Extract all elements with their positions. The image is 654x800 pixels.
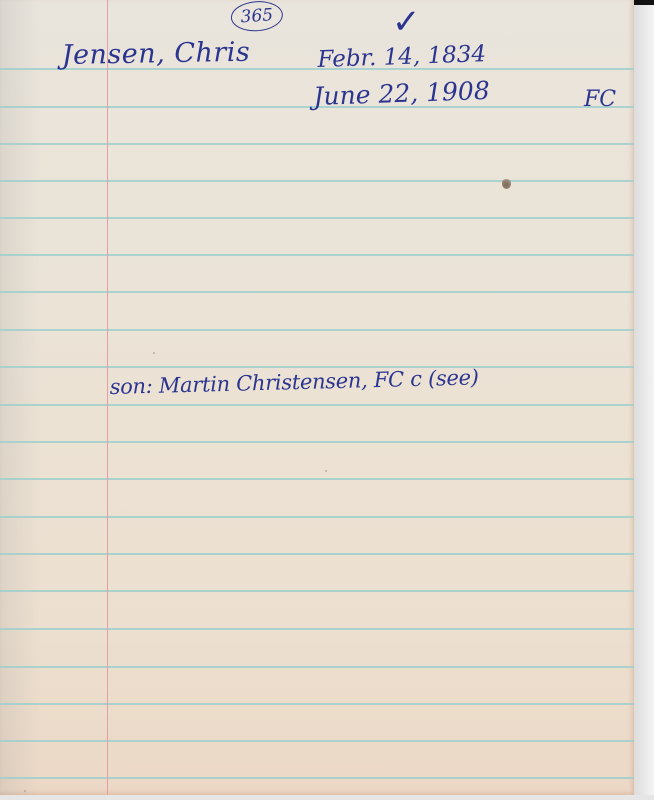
- ruled-line: [0, 553, 634, 555]
- ruled-line: [0, 478, 634, 480]
- red-margin-line: [107, 0, 108, 795]
- ruled-line: [0, 777, 634, 779]
- ruled-line: [0, 217, 634, 219]
- record-number-circled: 365: [230, 0, 284, 33]
- initials: FC: [584, 87, 616, 112]
- ruled-line: [0, 143, 634, 145]
- paper-speck: [153, 352, 155, 354]
- scanner-background-bottom: [0, 795, 654, 800]
- death-date: June 22, 1908: [313, 76, 490, 111]
- paper-speck: [325, 470, 327, 472]
- ruled-line: [0, 516, 634, 518]
- ruled-line: [0, 180, 634, 182]
- scanner-edge-shadow: [634, 0, 654, 5]
- ruled-line: [0, 291, 634, 293]
- ruled-line: [0, 404, 634, 406]
- ruled-line: [0, 329, 634, 331]
- ruled-line: [0, 590, 634, 592]
- ruled-line: [0, 441, 634, 443]
- person-name: Jensen, Chris: [61, 37, 250, 71]
- ruled-line: [0, 628, 634, 630]
- relation-note: son: Martin Christensen, FC c (see): [109, 365, 478, 399]
- ruled-line: [0, 703, 634, 705]
- ruled-line: [0, 666, 634, 668]
- notebook-page: 365 Jensen, Chris ✓ Febr. 14, 1834 June …: [0, 0, 634, 795]
- paper-stain: [502, 179, 511, 189]
- ruled-line: [0, 366, 634, 368]
- ruled-line: [0, 740, 634, 742]
- ruled-line: [0, 254, 634, 256]
- paper-speck: [24, 790, 26, 792]
- check-mark-icon: ✓: [392, 2, 421, 42]
- record-number-text: 365: [240, 5, 274, 27]
- scanner-background-right: [634, 0, 654, 800]
